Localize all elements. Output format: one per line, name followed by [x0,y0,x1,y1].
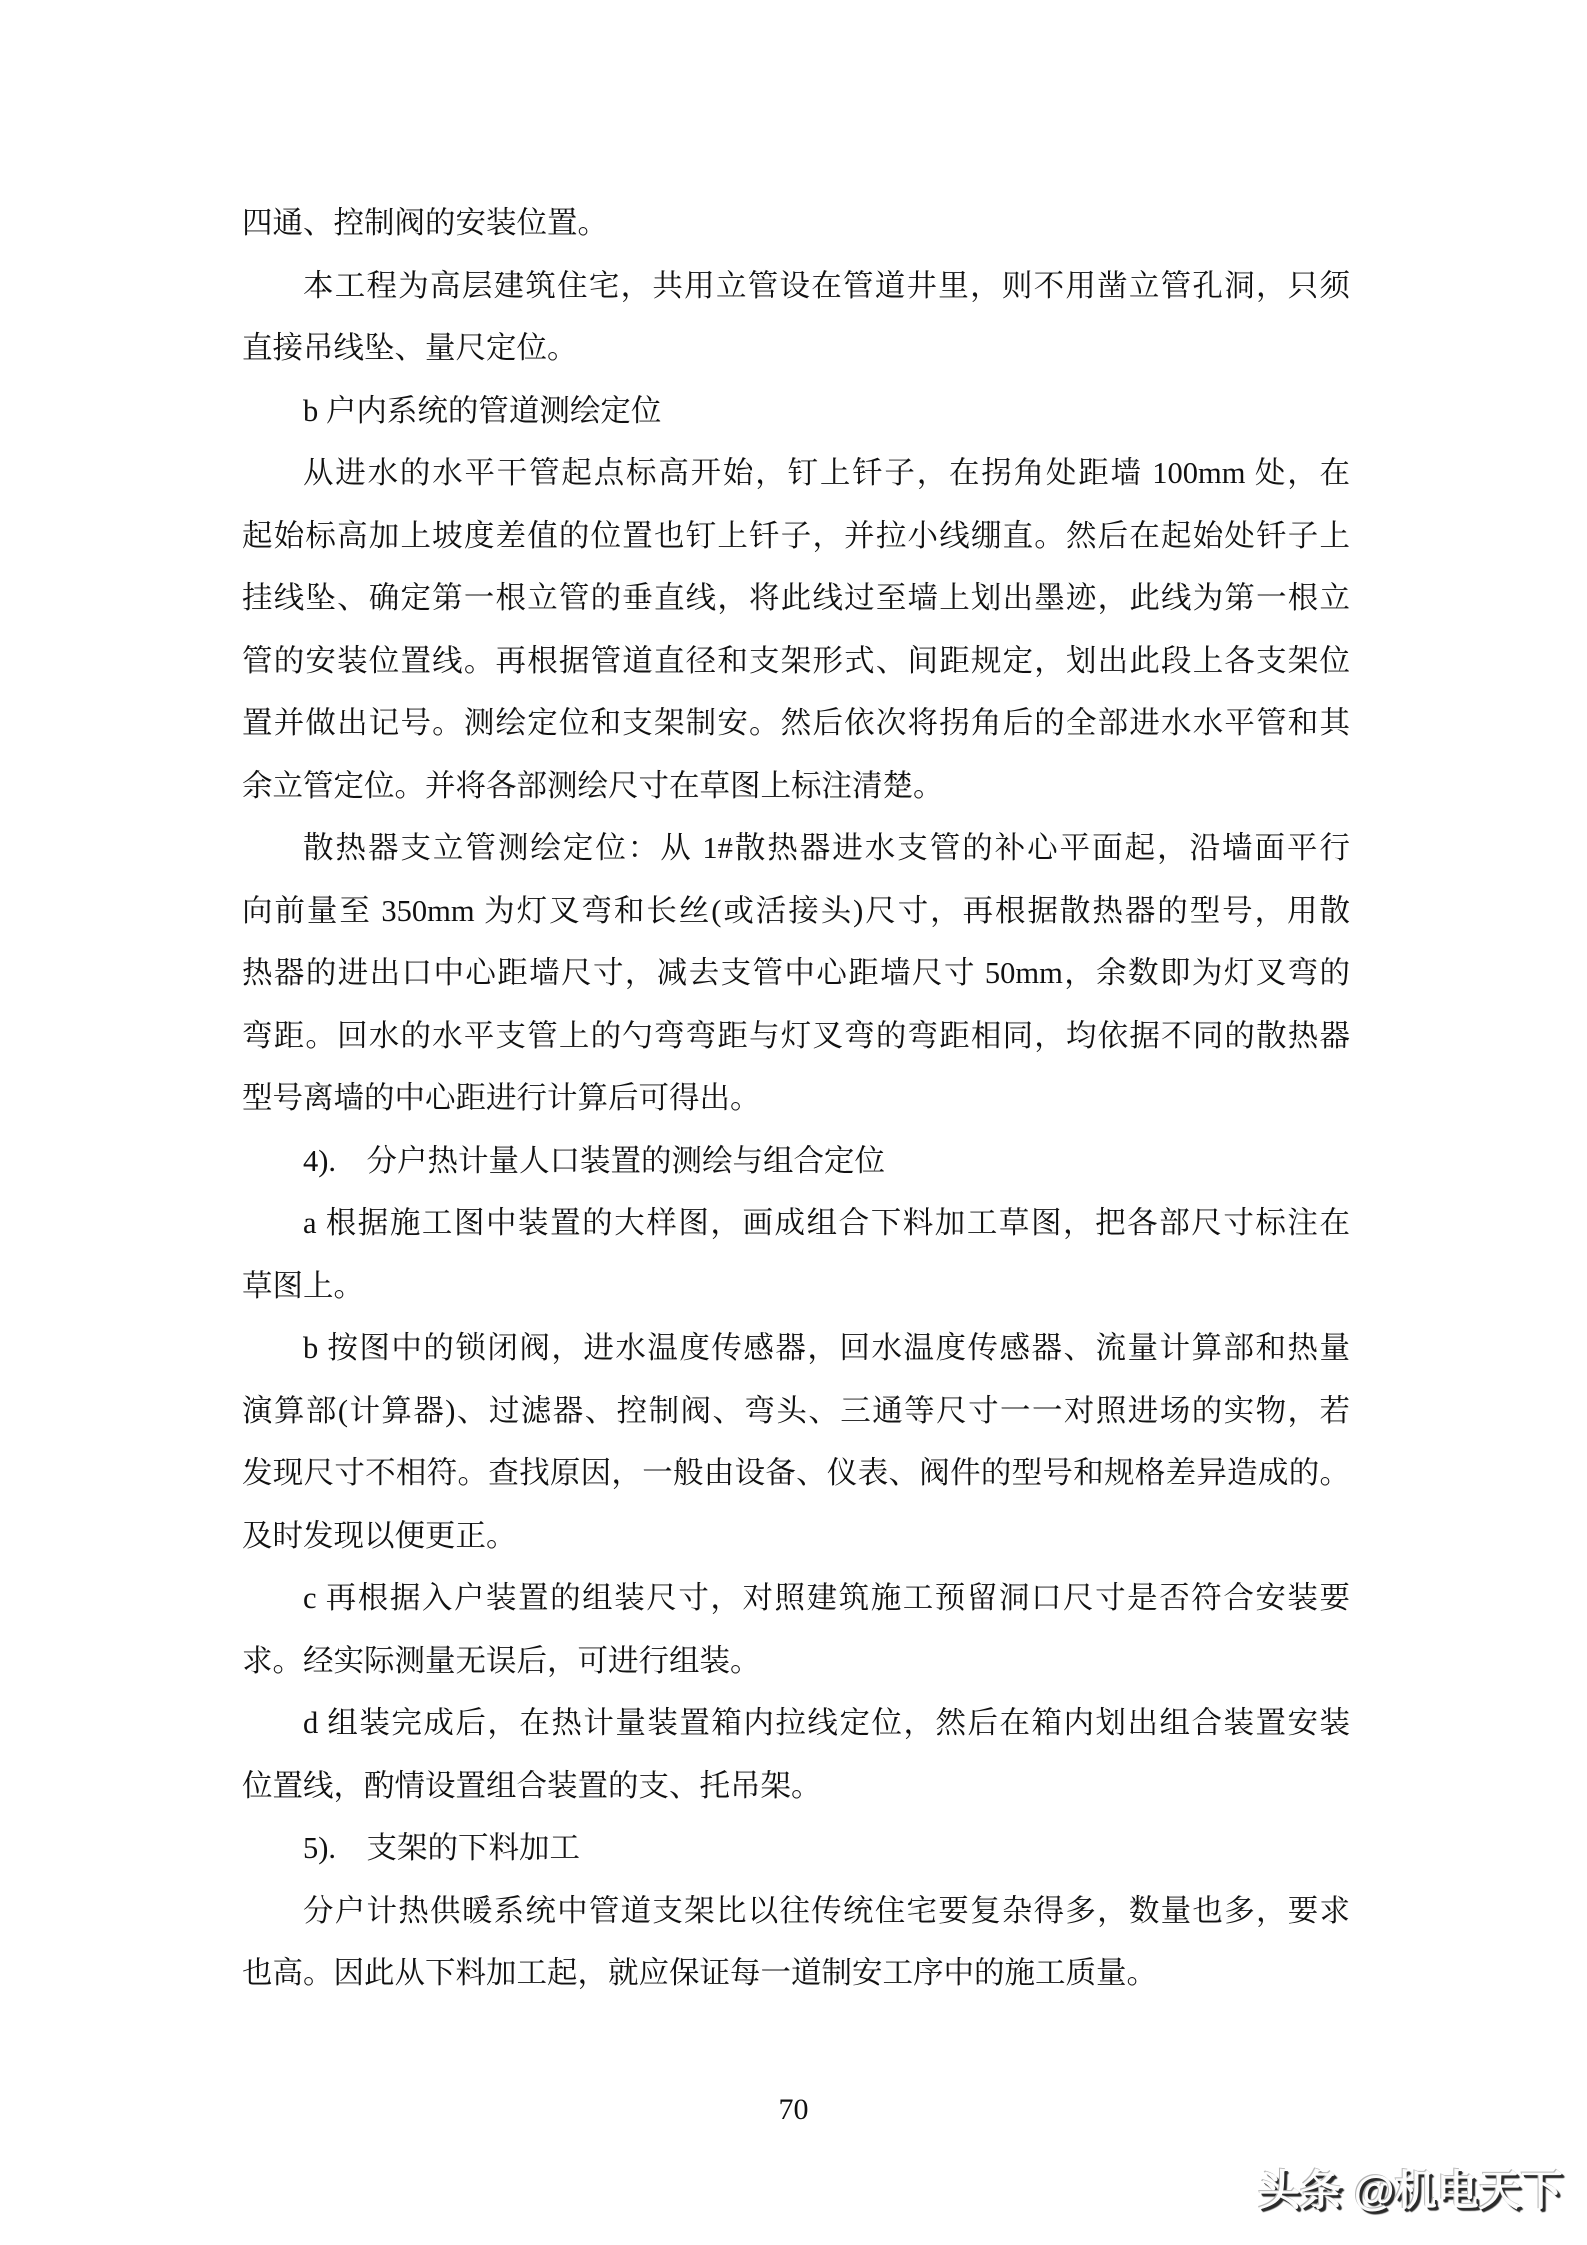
page: 四通、控制阀的安装位置。本工程为高层建筑住宅，共用立管设在管道井里，则不用凿立管… [0,0,1587,2245]
text-line: 也高。因此从下料加工起，就应保证每一道制安工序中的施工质量。 [242,1942,1350,2005]
page-number: 70 [0,2093,1587,2127]
text-line: 热器的进出口中心距墙尺寸，减去支管中心距墙尺寸 50mm，余数即为灯叉弯的 [242,942,1350,1005]
watermark: 头条 @机电天下 [1258,2158,1563,2218]
text-line: 4). 分户热计量人口装置的测绘与组合定位 [242,1130,1350,1193]
text-line: 5). 支架的下料加工 [242,1817,1350,1880]
document-body: 四通、控制阀的安装位置。本工程为高层建筑住宅，共用立管设在管道井里，则不用凿立管… [242,192,1350,2005]
text-line: 及时发现以便更正。 [242,1505,1350,1568]
text-line: 从进水的水平干管起点标高开始，钉上钎子，在拐角处距墙 100mm 处，在 [242,442,1350,505]
text-line: 草图上。 [242,1255,1350,1318]
text-line: 余立管定位。并将各部测绘尺寸在草图上标注清楚。 [242,755,1350,818]
text-line: 本工程为高层建筑住宅，共用立管设在管道井里，则不用凿立管孔洞，只须 [242,255,1350,318]
text-line: b 按图中的锁闭阀，进水温度传感器，回水温度传感器、流量计算部和热量 [242,1317,1350,1380]
text-line: 置并做出记号。测绘定位和支架制安。然后依次将拐角后的全部进水水平管和其 [242,692,1350,755]
text-line: b 户内系统的管道测绘定位 [242,380,1350,443]
text-line: 弯距。回水的水平支管上的勺弯弯距与灯叉弯的弯距相同，均依据不同的散热器 [242,1005,1350,1068]
text-line: 求。经实际测量无误后，可进行组装。 [242,1630,1350,1693]
text-line: 位置线，酌情设置组合装置的支、托吊架。 [242,1755,1350,1818]
text-line: 直接吊线坠、量尺定位。 [242,317,1350,380]
text-line: 发现尺寸不相符。查找原因，一般由设备、仪表、阀件的型号和规格差异造成的。 [242,1442,1350,1505]
text-line: 向前量至 350mm 为灯叉弯和长丝(或活接头)尺寸，再根据散热器的型号，用散 [242,880,1350,943]
text-line: a 根据施工图中装置的大样图，画成组合下料加工草图，把各部尺寸标注在 [242,1192,1350,1255]
text-line: 分户计热供暖系统中管道支架比以往传统住宅要复杂得多，数量也多，要求 [242,1880,1350,1943]
text-line: 演算部(计算器)、过滤器、控制阀、弯头、三通等尺寸一一对照进场的实物，若 [242,1380,1350,1443]
text-line: c 再根据入户装置的组装尺寸，对照建筑施工预留洞口尺寸是否符合安装要 [242,1567,1350,1630]
text-line: 管的安装位置线。再根据管道直径和支架形式、间距规定，划出此段上各支架位 [242,630,1350,693]
text-line: 型号离墙的中心距进行计算后可得出。 [242,1067,1350,1130]
text-line: d 组装完成后，在热计量装置箱内拉线定位，然后在箱内划出组合装置安装 [242,1692,1350,1755]
text-line: 挂线坠、确定第一根立管的垂直线，将此线过至墙上划出墨迹，此线为第一根立 [242,567,1350,630]
text-line: 起始标高加上坡度差值的位置也钉上钎子，并拉小线绷直。然后在起始处钎子上 [242,505,1350,568]
text-line: 四通、控制阀的安装位置。 [242,192,1350,255]
text-line: 散热器支立管测绘定位：从 1#散热器进水支管的补心平面起，沿墙面平行 [242,817,1350,880]
